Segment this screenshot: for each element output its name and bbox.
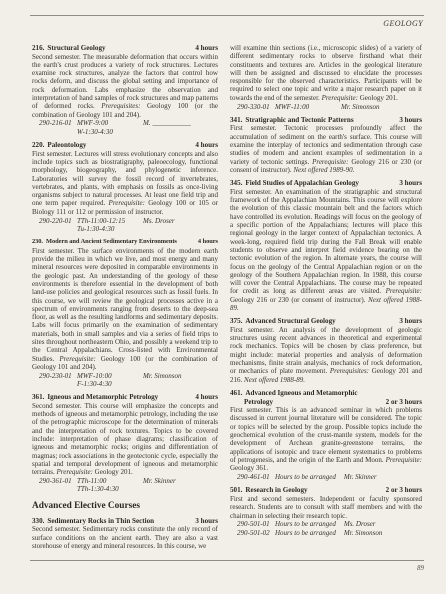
body-text-italic: Prerequisite:: [59, 355, 95, 363]
schedule-code: 290-361-01: [39, 477, 77, 485]
schedule-line: 290-461-01Hours to be arrangedMr. Skinne…: [230, 473, 422, 481]
schedule-time: Hours to be arranged: [275, 529, 344, 537]
schedule-time: Hours to be arranged: [275, 473, 344, 481]
course-title: Igneous and Metamorphic Petrology: [47, 393, 158, 401]
course-number: 341.: [230, 116, 242, 124]
body-text: First semester. An examination of the st…: [230, 188, 422, 296]
schedule-line: 290-330-01MWF-11:00Mr. Simonson: [230, 103, 422, 111]
schedule-line: 290-501-02Hours to be arrangedMr. Simons…: [230, 529, 422, 537]
schedule-line: 290-216-01MWF-9:00M. ___________: [32, 119, 218, 127]
body-text-italic: Prerequisites:: [101, 102, 140, 110]
schedule-time: MWF-11:00: [275, 103, 341, 111]
course-number: 230.: [32, 238, 43, 245]
course-header: 375.Advanced Structural Geology 3 hours: [230, 317, 422, 326]
course-section: 216.Structural Geology 4 hours Second se…: [32, 44, 218, 136]
course-columns: 216.Structural Geology 4 hours Second se…: [32, 44, 422, 558]
body-text-italic: Prerequisite:: [386, 456, 422, 464]
schedule-line: 290-220-01TTh-11:00-12:15Ms. Droser: [32, 217, 218, 225]
course-section: 345.Field Studies of Appalachian Geology…: [230, 179, 422, 312]
body-text-italic: Prerequisites:: [330, 367, 369, 375]
footer-rule: [30, 560, 424, 561]
course-number: 216.: [32, 44, 44, 52]
schedule-instructor: Mr. Skinner: [344, 473, 377, 481]
course-title-line: 220.Paleontology: [32, 141, 86, 150]
course-body: First semester. The surface environments…: [32, 247, 218, 371]
course-header: 345.Field Studies of Appalachian Geology…: [230, 179, 422, 188]
schedule-time: TTh-11:00-12:15: [77, 217, 143, 225]
schedule-line: TTh-1:30-4:30: [32, 485, 218, 493]
schedule-time: MWF-10:00: [77, 372, 143, 380]
body-text-italic: Prerequisite:: [386, 287, 422, 295]
schedule-code: [39, 225, 77, 233]
course-body: Second semester. This course will emphas…: [32, 402, 218, 477]
schedule-line: 290-361-01TTh-11:00Mr. Skinner: [32, 477, 218, 485]
course-schedule: 290-361-01TTh-11:00Mr. SkinnerTTh-1:30-4…: [32, 477, 218, 494]
course-title-line: 375.Advanced Structural Geology: [230, 317, 336, 326]
course-hours: 4 hours: [195, 141, 218, 150]
course-number: 501.: [230, 486, 242, 494]
course-section: 341.Stratigraphic and Tectonic Patterns …: [230, 116, 422, 174]
schedule-code: 290-216-01: [39, 119, 77, 127]
course-body: will examine thin sections (i.e., micros…: [230, 44, 422, 102]
body-text-italic: Next offered 1989-90.: [293, 166, 354, 174]
schedule-time: Tu-1:30-4:30: [77, 225, 143, 233]
body-text: Second semester. Sedimentary rocks const…: [32, 525, 218, 550]
course-schedule: 290-501-01Hours to be arrangedMs. Droser…: [230, 520, 422, 537]
schedule-code: 290-501-01: [237, 520, 275, 528]
course-hours: 3 hours: [399, 116, 422, 125]
course-title: Field Studies of Appalachian Geology: [245, 179, 359, 187]
schedule-instructor: Ms. Droser: [344, 520, 376, 528]
schedule-line: W-1:30-4:30: [32, 128, 218, 136]
schedule-time: F-1:30-4:30: [77, 380, 143, 388]
schedule-instructor: Mr. Simonson: [341, 103, 380, 111]
course-section: 330.Sedimentary Rocks in Thin Section 3 …: [32, 517, 218, 550]
schedule-code: 290-220-01: [39, 217, 77, 225]
schedule-instructor: M. ___________: [143, 119, 191, 127]
course-number: 345.: [230, 179, 242, 187]
schedule-time: MWF-9:00: [77, 119, 143, 127]
column-left: 216.Structural Geology 4 hours Second se…: [32, 44, 218, 558]
course-title: Sedimentary Rocks in Thin Section: [47, 517, 154, 525]
schedule-line: F-1:30-4:30: [32, 380, 218, 388]
course-hours: 4 hours: [198, 238, 218, 247]
course-body: First semester. Lectures will stress evo…: [32, 150, 218, 216]
column-right: will examine thin sections (i.e., micros…: [230, 44, 422, 558]
course-title-line: 330.Sedimentary Rocks in Thin Section: [32, 517, 154, 526]
course-header: 501.Research in Geology 2 or 3 hours: [230, 486, 422, 495]
course-section: 375.Advanced Structural Geology 3 hours …: [230, 317, 422, 384]
schedule-code: [39, 485, 77, 493]
page-header-title: GEOLOGY: [383, 19, 423, 28]
course-body: First semester. Tectonic processes profo…: [230, 124, 422, 174]
course-number: 220.: [32, 141, 44, 149]
catalog-page: GEOLOGY 216.Structural Geology 4 hours S…: [0, 0, 446, 594]
schedule-instructor: Mr. Simonson: [344, 529, 383, 537]
course-header: 216.Structural Geology 4 hours: [32, 44, 218, 53]
course-header: 230.Modern and Ancient Sedimentary Envir…: [32, 238, 218, 247]
course-header: 341.Stratigraphic and Tectonic Patterns …: [230, 116, 422, 125]
course-body: Second semester. The measurable deformat…: [32, 53, 218, 119]
course-schedule: 290-230-01MWF-10:00Mr. SimonsonF-1:30-4:…: [32, 372, 218, 389]
schedule-time: Hours to be arranged: [275, 520, 344, 528]
subheading: Advanced Elective Courses: [32, 501, 218, 512]
course-title-line: 345.Field Studies of Appalachian Geology: [230, 179, 359, 188]
page-number: 89: [417, 564, 424, 572]
course-number: 375.: [230, 317, 242, 325]
course-header: 461.Advanced Igneous and Metamorphic: [230, 389, 422, 398]
body-text-italic: Prerequisite:: [322, 94, 358, 102]
course-schedule: 290-220-01TTh-11:00-12:15Ms. DroserTu-1:…: [32, 217, 218, 234]
course-schedule: 290-461-01Hours to be arrangedMr. Skinne…: [230, 473, 422, 481]
course-body: First semester. An examination of the st…: [230, 188, 422, 312]
course-section: 361.Igneous and Metamorphic Petrology 4 …: [32, 393, 218, 493]
course-hours: 3 hours: [195, 517, 218, 526]
course-number: 361.: [32, 393, 44, 401]
course-schedule: 290-330-01MWF-11:00Mr. Simonson: [230, 103, 422, 111]
course-section: 230.Modern and Ancient Sedimentary Envir…: [32, 238, 218, 388]
course-title-line: 361.Igneous and Metamorphic Petrology: [32, 393, 158, 402]
course-body: First semester. This is an advanced semi…: [230, 406, 422, 472]
course-hours: 3 hours: [399, 179, 422, 188]
course-title: Modern and Ancient Sedimentary Environme…: [46, 238, 177, 245]
body-text: First semester. The surface environments…: [32, 247, 218, 363]
schedule-code: 290-330-01: [237, 103, 275, 111]
course-header-line2: Petrology 2 or 3 hours: [230, 398, 422, 407]
course-header: 361.Igneous and Metamorphic Petrology 4 …: [32, 393, 218, 402]
course-hours: 3 hours: [399, 317, 422, 326]
course-title: Advanced Igneous and Metamorphic: [245, 389, 357, 397]
course-title: Research in Geology: [245, 486, 307, 494]
schedule-line: Tu-1:30-4:30: [32, 225, 218, 233]
course-body: First semester. An analysis of the devel…: [230, 326, 422, 384]
course-title: Stratigraphic and Tectonic Patterns: [245, 116, 353, 124]
course-title-line: 230.Modern and Ancient Sedimentary Envir…: [32, 238, 177, 247]
course-header: 220.Paleontology 4 hours: [32, 141, 218, 150]
course-header: 330.Sedimentary Rocks in Thin Section 3 …: [32, 517, 218, 526]
schedule-line: 290-501-01Hours to be arrangedMs. Droser: [230, 520, 422, 528]
body-text: Geology 201.: [93, 468, 133, 476]
schedule-time: TTh-1:30-4:30: [77, 485, 143, 493]
course-hours-line2: 2 or 3 hours: [386, 398, 422, 407]
course-hours: 4 hours: [195, 44, 218, 53]
course-body: First and second semesters. Independent …: [230, 495, 422, 520]
course-section: 501.Research in Geology 2 or 3 hours Fir…: [230, 486, 422, 537]
course-title2: Petrology: [230, 398, 273, 407]
schedule-line: 290-230-01MWF-10:00Mr. Simonson: [32, 372, 218, 380]
course-number: 461.: [230, 389, 242, 397]
course-number: 330.: [32, 517, 44, 525]
course-title-line: 461.Advanced Igneous and Metamorphic: [230, 389, 358, 398]
header-rule: [30, 15, 424, 16]
course-title: Structural Geology: [47, 44, 105, 52]
body-text-italic: Prerequisite:: [312, 158, 348, 166]
schedule-code: [39, 380, 77, 388]
body-text-italic: Prerequisite:: [57, 468, 93, 476]
course-title-line: 216.Structural Geology: [32, 44, 106, 53]
schedule-code: 290-461-01: [237, 473, 275, 481]
schedule-code: 290-501-02: [237, 529, 275, 537]
schedule-instructor: Mr. Simonson: [143, 372, 182, 380]
body-text: Geology 361.: [230, 464, 268, 472]
body-text-italic: Prerequisite:: [109, 199, 145, 207]
course-title-line: 341.Stratigraphic and Tectonic Patterns: [230, 116, 354, 125]
schedule-instructor: Ms. Droser: [143, 217, 175, 225]
schedule-code: 290-230-01: [39, 372, 77, 380]
body-text: Geology 216 or 230 (or consent of instru…: [230, 296, 368, 304]
course-title: Advanced Structural Geology: [245, 317, 335, 325]
course-title-line: 501.Research in Geology: [230, 486, 308, 495]
body-text: Second semester. This course will emphas…: [32, 402, 218, 476]
course-body: Second semester. Sedimentary rocks const…: [32, 525, 218, 550]
course-schedule: 290-216-01MWF-9:00M. ___________W-1:30-4…: [32, 119, 218, 136]
body-text: First and second semesters. Independent …: [230, 495, 422, 520]
body-text: Geology 201.: [358, 94, 398, 102]
schedule-code: [39, 128, 77, 136]
schedule-instructor: Mr. Skinner: [143, 477, 176, 485]
course-hours: 4 hours: [195, 393, 218, 402]
course-section: 461.Advanced Igneous and Metamorphic Pet…: [230, 389, 422, 481]
schedule-time: TTh-11:00: [77, 477, 143, 485]
course-section: 220.Paleontology 4 hours First semester.…: [32, 141, 218, 233]
course-hours: 2 or 3 hours: [386, 486, 422, 495]
schedule-time: W-1:30-4:30: [77, 128, 143, 136]
course-section: will examine thin sections (i.e., micros…: [230, 44, 422, 111]
course-title: Paleontology: [47, 141, 86, 149]
body-text-italic: Next offered 1988-89.: [244, 376, 305, 384]
